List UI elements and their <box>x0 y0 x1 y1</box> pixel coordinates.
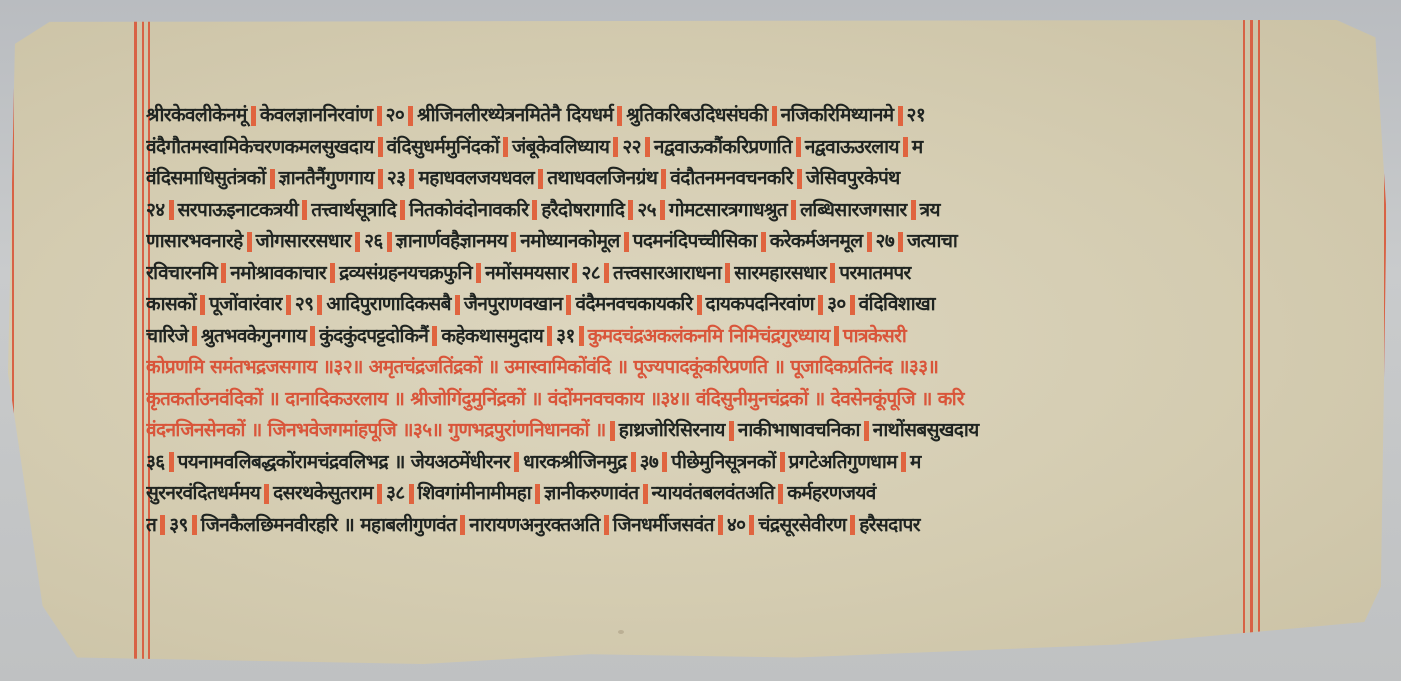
text-segment: हाथ्रजोरिसिरनाय <box>619 419 725 441</box>
text-segment: ३१ <box>556 325 575 347</box>
text-segment: वंदिविशाखा <box>859 293 935 315</box>
danda-marker <box>749 515 754 535</box>
danda-marker <box>604 263 609 283</box>
danda-marker <box>610 421 615 441</box>
text-segment: न्यायवंतबलवंतअति <box>652 482 775 504</box>
text-segment: श्रीजिनलीरथ्येत्रनमितेनै दियधर्म <box>417 104 613 126</box>
danda-marker <box>538 169 543 189</box>
danda-marker <box>631 452 636 472</box>
danda-marker <box>850 295 855 315</box>
danda-marker <box>302 200 307 220</box>
danda-marker <box>718 515 723 535</box>
text-segment: २९ <box>295 293 314 315</box>
text-segment: जिनकैलछिमनवीरहरि ॥ महाबलीगुणवंत <box>201 514 457 536</box>
danda-marker <box>310 326 315 346</box>
danda-marker <box>778 484 783 504</box>
manuscript-line: कोप्रणमि समंतभद्रजसगाय ॥३२॥ अमृतचंद्रजति… <box>146 352 1243 384</box>
text-segment: २० <box>386 104 405 126</box>
danda-marker <box>867 232 872 252</box>
danda-marker <box>192 326 197 346</box>
danda-marker <box>409 169 414 189</box>
danda-marker <box>378 137 383 157</box>
text-segment: २२ <box>622 136 641 158</box>
text-segment: आदिपुराणादिकसबै <box>326 293 450 315</box>
text-segment: पयनामवलिबद्धकोंरामचंद्रवलिभद्र ॥ जेयअठमे… <box>178 451 511 473</box>
text-segment: नारायणअनुरक्तअति <box>469 514 599 536</box>
danda-marker <box>251 106 256 126</box>
text-segment: दसरथकेसुतराम <box>273 482 373 504</box>
paper-spot <box>618 630 624 634</box>
margin-rule-right-2 <box>1250 18 1253 664</box>
margin-rule-left-2 <box>142 18 144 664</box>
danda-marker <box>409 484 414 504</box>
text-segment: २८ <box>581 262 600 284</box>
danda-marker <box>864 421 869 441</box>
text-segment: कहेकथासमुदाय <box>441 325 543 347</box>
text-segment: जोगसाररसधार <box>256 230 351 252</box>
danda-marker <box>898 232 903 252</box>
danda-marker <box>511 232 516 252</box>
text-segment: ४० <box>727 514 746 536</box>
manuscript-line: चारिजेश्रुतभवकेगुनगायकुंदकुंदपट्टदोकिनैं… <box>146 321 1243 353</box>
margin-rule-right-3 <box>1258 18 1260 664</box>
danda-marker <box>169 200 174 220</box>
manuscript-line: रविचारनमिनमोश्रावकाचारद्रव्यसंग्रहनयचक्र… <box>146 258 1243 290</box>
text-segment: नद्ववाऊकौंकरिप्रणाति <box>654 136 792 158</box>
danda-marker <box>780 452 785 472</box>
danda-marker <box>377 106 382 126</box>
text-segment: श्रीरकेवलीकेनमूं <box>146 104 247 126</box>
danda-marker <box>532 200 537 220</box>
text-segment: चारिजे <box>146 325 188 347</box>
danda-marker <box>160 515 165 535</box>
danda-marker <box>221 263 226 283</box>
margin-rule-left-outer <box>12 18 14 664</box>
danda-marker <box>455 295 460 315</box>
danda-marker <box>408 106 413 126</box>
danda-marker <box>460 515 465 535</box>
danda-marker <box>729 421 734 441</box>
danda-marker <box>830 263 835 283</box>
text-segment: वंदिसुधर्ममुनिंदकों <box>387 136 500 158</box>
text-segment: म <box>910 451 921 473</box>
text-segment: पूजोंवारंवार <box>209 293 282 315</box>
danda-marker <box>645 137 650 157</box>
text-segment: २५ <box>637 199 656 221</box>
text-segment: नाकीभाषावचनिका <box>738 419 860 441</box>
text-segment: दायकपदनिरवांण <box>706 293 815 315</box>
text-segment: जत्याचा <box>907 230 957 252</box>
text-segment: २७ <box>876 230 895 252</box>
danda-marker <box>660 200 665 220</box>
danda-marker <box>579 326 584 346</box>
manuscript-line: कृतकर्ताउनवंदिकों ॥ दानादिकउरलाय ॥ श्रीज… <box>146 384 1243 416</box>
danda-marker <box>772 106 777 126</box>
danda-marker <box>604 515 609 535</box>
danda-marker <box>911 200 916 220</box>
text-segment: नितकोवंदोनावकरि <box>409 199 528 221</box>
text-segment: २६ <box>364 230 383 252</box>
text-segment: श्रुतिकरिबउदिधसंघकी <box>626 104 767 126</box>
text-segment: गोमटसारत्रगाधश्रुत <box>669 199 787 221</box>
text-segment: २३ <box>387 167 406 189</box>
text-segment: जैनपुराणवखान <box>464 293 563 315</box>
text-segment: पीछेमुनिसूत्रनकों <box>671 451 775 473</box>
danda-marker <box>169 452 174 472</box>
danda-marker <box>901 452 906 472</box>
text-segment: लब्धिसारजगसार <box>800 199 907 221</box>
manuscript-text: श्रीरकेवलीकेनमूंकेवलज्ञाननिरवांण२०श्रीजि… <box>146 100 1243 541</box>
text-segment: हरैदोषरागादि <box>541 199 624 221</box>
danda-marker <box>476 263 481 283</box>
text-segment: नद्ववाऊउरलाय <box>805 136 899 158</box>
text-segment: रविचारनमि <box>146 262 217 284</box>
text-segment: ३७ <box>640 451 659 473</box>
danda-marker <box>818 295 823 315</box>
margin-rule-right-outer <box>1384 58 1386 664</box>
danda-marker <box>661 169 666 189</box>
text-segment: करेकर्मअनमूल <box>770 230 863 252</box>
text-segment: केवलज्ञाननिरवांण <box>260 104 373 126</box>
text-segment: त्रय <box>920 199 940 221</box>
text-segment: २१ <box>907 104 926 126</box>
danda-marker <box>898 106 903 126</box>
text-segment: जंबूकेवलिध्याय <box>512 136 609 158</box>
text-segment: धारकश्रीजिनमुद्र <box>523 451 627 473</box>
danda-marker <box>247 232 252 252</box>
danda-marker <box>624 232 629 252</box>
manuscript-line: कासकोंपूजोंवारंवार२९आदिपुराणादिकसबैजैनपु… <box>146 289 1243 321</box>
text-segment: सारमहारसधार <box>734 262 826 284</box>
text-segment: ३९ <box>169 514 188 536</box>
text-segment: कासकों <box>146 293 196 315</box>
danda-marker <box>797 169 802 189</box>
text-segment: नमोश्रावकाचार <box>230 262 326 284</box>
text-segment: कुंदकुंदपट्टदोकिनैं <box>319 325 428 347</box>
danda-marker <box>378 169 383 189</box>
text-segment: महाधवलजयधवल <box>418 167 534 189</box>
text-segment: जिनधर्मीजसवंत <box>613 514 714 536</box>
paper-spot <box>36 646 40 650</box>
danda-marker <box>535 484 540 504</box>
danda-marker <box>400 200 405 220</box>
danda-marker <box>547 326 552 346</box>
text-segment: ज्ञानार्णवहैज्ञानमय <box>396 230 508 252</box>
danda-marker <box>317 295 322 315</box>
danda-marker <box>572 263 577 283</box>
manuscript-line: णासारभवनारहेजोगसाररसधार२६ज्ञानार्णवहैज्ञ… <box>146 226 1243 258</box>
text-segment: म <box>912 136 923 158</box>
text-segment: ज्ञानतैनैंगुणगाय <box>279 167 374 189</box>
text-segment: ३० <box>827 293 846 315</box>
text-segment: नाथोंसबसुखदाय <box>873 419 979 441</box>
text-segment: पदमनंदिपच्चीसिका <box>633 230 757 252</box>
text-segment: चंद्रसूरसेवीरण <box>758 514 846 536</box>
danda-marker <box>761 232 766 252</box>
text-segment: सुरनरवंदितधर्ममय <box>146 482 260 504</box>
manuscript-line: २४सरपाऊइनाटकत्रयीतत्त्वार्थसूत्रादिनितको… <box>146 195 1243 227</box>
danda-marker <box>725 263 730 283</box>
manuscript-line: श्रीरकेवलीकेनमूंकेवलज्ञाननिरवांण२०श्रीजि… <box>146 100 1243 132</box>
danda-marker <box>697 295 702 315</box>
text-segment: पात्रकेसरी <box>843 325 906 347</box>
danda-marker <box>286 295 291 315</box>
danda-marker <box>270 169 275 189</box>
danda-marker <box>514 452 519 472</box>
margin-rule-left-1 <box>134 18 137 664</box>
danda-marker <box>662 452 667 472</box>
text-segment: ३६ <box>146 451 165 473</box>
text-segment: सरपाऊइनाटकत्रयी <box>178 199 299 221</box>
manuscript-line: त३९जिनकैलछिमनवीरहरि ॥ महाबलीगुणवंतनारायण… <box>146 510 1243 542</box>
text-segment: तथाधवलजिनग्रंथ <box>547 167 657 189</box>
margin-rule-right-1 <box>1243 18 1245 664</box>
danda-marker <box>192 515 197 535</box>
text-segment: तत्त्वार्थसूत्रादि <box>311 199 396 221</box>
text-segment: वंदैमनवचकायकरि <box>575 293 692 315</box>
manuscript-line: वंदिसमाधिसुतंत्रकोंज्ञानतैनैंगुणगाय२३महा… <box>146 163 1243 195</box>
text-segment: त <box>146 514 156 536</box>
danda-marker <box>643 484 648 504</box>
danda-marker <box>791 200 796 220</box>
text-segment: नमोंसमयसार <box>485 262 568 284</box>
text-segment: वंदैगौतमस्वामिकेचरणकमलसुखदाय <box>146 136 374 158</box>
text-segment: ३८ <box>386 482 405 504</box>
danda-marker <box>617 106 622 126</box>
danda-marker <box>628 200 633 220</box>
danda-marker <box>566 295 571 315</box>
danda-marker <box>377 484 382 504</box>
text-segment: वंदौतनमनवचनकरि <box>670 167 793 189</box>
text-segment: श्रुतभवकेगुनगाय <box>201 325 306 347</box>
text-segment: हरैसदापर <box>859 514 920 536</box>
danda-marker <box>613 137 618 157</box>
text-segment: णासारभवनारहे <box>146 230 243 252</box>
danda-marker <box>355 232 360 252</box>
danda-marker <box>432 326 437 346</box>
manuscript-line: वंदनजिनसेनकों ॥ जिनभवेजगमांहपूजि ॥३५॥ गु… <box>146 415 1243 447</box>
text-segment: तत्त्वसारआराधना <box>613 262 721 284</box>
danda-marker <box>903 137 908 157</box>
text-segment: जेसिवपुरकेपंथ <box>806 167 900 189</box>
danda-marker <box>834 326 839 346</box>
text-segment: कृतकर्ताउनवंदिकों ॥ दानादिकउरलाय ॥ श्रीज… <box>146 388 964 410</box>
manuscript-line: ३६पयनामवलिबद्धकोंरामचंद्रवलिभद्र ॥ जेयअठ… <box>146 447 1243 479</box>
text-segment: कर्महरणजयवं <box>787 482 875 504</box>
text-segment: वंदनजिनसेनकों ॥ जिनभवेजगमांहपूजि ॥३५॥ गु… <box>146 419 606 441</box>
text-segment: कोप्रणमि समंतभद्रजसगाय ॥३२॥ अमृतचंद्रजति… <box>146 356 938 378</box>
text-segment: द्रव्यसंग्रहनयचक्रफुनि <box>339 262 472 284</box>
text-segment: नमोध्यानकोमूल <box>520 230 619 252</box>
danda-marker <box>796 137 801 157</box>
text-segment: परमातमपर <box>839 262 910 284</box>
danda-marker <box>503 137 508 157</box>
danda-marker <box>850 515 855 535</box>
text-segment: शिवगांमीनामीमहा <box>418 482 532 504</box>
danda-marker <box>200 295 205 315</box>
manuscript-line: सुरनरवंदितधर्ममयदसरथकेसुतराम३८शिवगांमीना… <box>146 478 1243 510</box>
text-segment: कुमदचंद्रअकलंकनमि निमिचंद्रगुरध्याय <box>588 325 830 347</box>
manuscript-line: वंदैगौतमस्वामिकेचरणकमलसुखदायवंदिसुधर्ममु… <box>146 132 1243 164</box>
text-segment: ज्ञानीकरुणावंत <box>544 482 638 504</box>
text-segment: प्रगटेअतिगुणधाम <box>789 451 897 473</box>
danda-marker <box>264 484 269 504</box>
text-segment: नजिकरिमिथ्यानमे <box>781 104 894 126</box>
text-segment: वंदिसमाधिसुतंत्रकों <box>146 167 266 189</box>
danda-marker <box>387 232 392 252</box>
danda-marker <box>330 263 335 283</box>
text-segment: २४ <box>146 199 165 221</box>
